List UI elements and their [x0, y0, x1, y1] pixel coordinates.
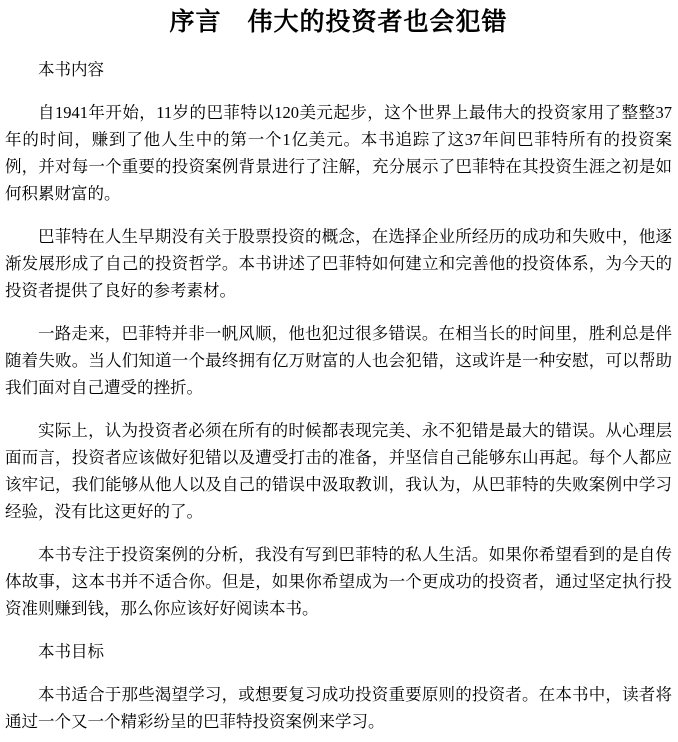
paragraph: 一路走来，巴菲特并非一帆风顺，他也犯过很多错误。在相当长的时间里，胜利总是伴随着… — [5, 320, 672, 401]
paragraph: 本书专注于投资案例的分析，我没有写到巴菲特的私人生活。如果你希望看到的是自传体故… — [5, 541, 672, 622]
section-book-content: 本书内容 自1941年开始，11岁的巴菲特以120美元起步，这个世界上最伟大的投… — [5, 56, 672, 622]
document-page: 序言 伟大的投资者也会犯错 本书内容 自1941年开始，11岁的巴菲特以120美… — [0, 0, 678, 742]
section-heading-book-goal: 本书目标 — [5, 638, 672, 665]
paragraph: 巴菲特在人生早期没有关于股票投资的概念，在选择企业所经历的成功和失败中，他逐渐发… — [5, 223, 672, 304]
section-heading-book-content: 本书内容 — [5, 56, 672, 83]
paragraph: 实际上，认为投资者必须在所有的时候都表现完美、永不犯错是最大的错误。从心理层面而… — [5, 417, 672, 525]
paragraph: 本书适合于那些渴望学习，或想要复习成功投资重要原则的投资者。在本书中，读者将通过… — [5, 681, 672, 735]
paragraph: 自1941年开始，11岁的巴菲特以120美元起步，这个世界上最伟大的投资家用了整… — [5, 99, 672, 207]
page-title: 序言 伟大的投资者也会犯错 — [5, 8, 672, 38]
section-book-goal: 本书目标 本书适合于那些渴望学习，或想要复习成功投资重要原则的投资者。在本书中，… — [5, 638, 672, 735]
